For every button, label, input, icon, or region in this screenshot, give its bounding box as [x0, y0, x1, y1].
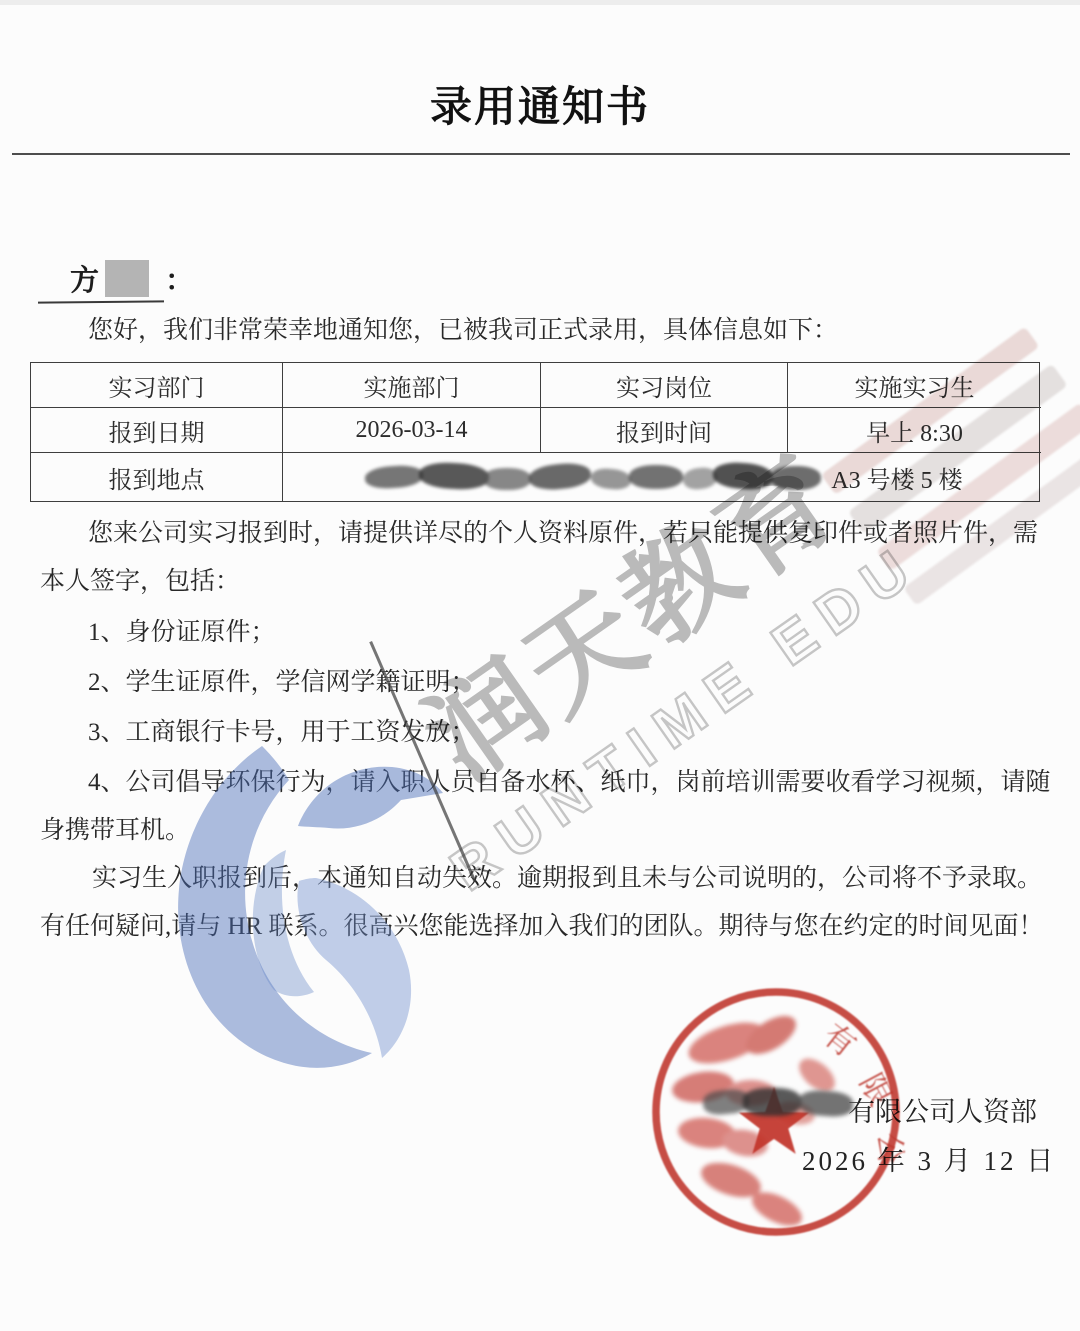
recipient-name: 方 [70, 258, 99, 299]
cell-internship-dept-value: 实施部门 [283, 363, 541, 408]
address-redaction-smudge [361, 460, 823, 494]
cell-report-date-value: 2026-03-14 [283, 408, 541, 453]
bird-logo-watermark [166, 730, 471, 1075]
salutation-row: 方 ： [70, 258, 194, 300]
cell-report-time-label: 报到时间 [541, 408, 788, 453]
list-item-1: 1、身份证原件； [88, 616, 276, 650]
cell-internship-dept-label: 实习部门 [31, 363, 283, 408]
name-redaction-box [105, 260, 149, 297]
signature-company-redaction-smudge [703, 1086, 855, 1120]
paragraph-docs-line2: 本人签字，包括： [40, 565, 240, 599]
offer-letter-document: 录用通知书 方 ： 您好，我们非常荣幸地通知您，已被我司正式录用，具体信息如下：… [0, 0, 1080, 1331]
title-divider [12, 153, 1070, 155]
intro-text: 您好，我们非常荣幸地通知您，已被我司正式录用，具体信息如下： [88, 314, 838, 348]
salutation-colon: ： [165, 258, 194, 299]
cell-report-date-label: 报到日期 [31, 408, 283, 453]
cell-internship-post-label: 实习岗位 [541, 363, 788, 408]
recipient-underline [38, 300, 164, 303]
list-item-2: 2、学生证原件，学信网学籍证明； [88, 666, 476, 700]
photo-top-edge [0, 0, 1080, 5]
watermark-en-text: RUNTIME EDU [438, 530, 933, 904]
page-title: 录用通知书 [0, 74, 1080, 134]
svg-text:公: 公 [872, 1132, 907, 1164]
cell-report-place-label: 报到地点 [31, 453, 283, 501]
